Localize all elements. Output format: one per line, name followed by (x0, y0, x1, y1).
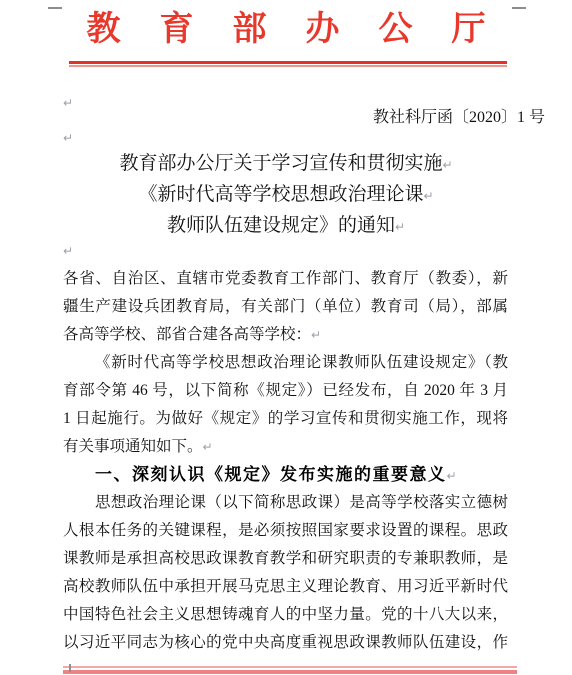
body-text: 有关事项通知如下。 (63, 438, 203, 455)
paragraph-mark-icon: ↵ (423, 189, 433, 203)
title-text: 教育部办公厅关于学习宣传和贯彻实施 (119, 153, 442, 174)
paragraph-mark-icon: ↵ (442, 158, 452, 172)
body-text-line: 课教师是承担高校思政课教育教学和研究职责的专兼职教师，是 (63, 545, 508, 573)
page-break-line-thick (63, 670, 517, 674)
body-text-line: 各高等学校、部省合建各高等学校：↵ (63, 321, 508, 349)
body-text-line: 以习近平同志为核心的党中央高度重视思政课教师队伍建设，作 (63, 629, 508, 657)
body-text-line: 有关事项通知如下。↵ (63, 433, 508, 461)
body-text-line: 人根本任务的关键课程，是必须按照国家要求设置的课程。思政 (63, 517, 508, 545)
empty-paragraph-line: ↵ (63, 237, 508, 265)
body-text-line: 思想政治理论课（以下简称思政课）是高等学校落实立德树 (63, 489, 508, 517)
notice-title: 教育部办公厅关于学习宣传和贯彻实施↵ 《新时代高等学校思想政治理论课↵ 教师队伍… (0, 149, 572, 242)
notice-title-line: 《新时代高等学校思想政治理论课↵ (0, 180, 572, 211)
separator-line-thick (69, 61, 507, 64)
paragraph-mark-icon: ↵ (447, 469, 457, 483)
body-text-line: 1 日起施行。为做好《规定》的学习宣传和贯彻实施工作，现将 (63, 405, 508, 433)
paragraph-mark-icon: ↵ (311, 328, 321, 342)
separator-line-thin (69, 65, 507, 67)
letterhead-agency-title: 教育部办公厅 (0, 6, 572, 54)
title-text: 教师队伍建设规定》的通知 (167, 215, 395, 236)
paragraph-mark-icon: ↵ (63, 244, 73, 258)
body-text-line: 高校教师队伍中承担开展马克思主义理论教育、用习近平新时代 (63, 573, 508, 601)
section-heading: 一、深刻认识《规定》发布实施的重要意义 (95, 465, 447, 485)
page-margin-tick (69, 664, 71, 672)
document-body: ↵ 各省、自治区、直辖市党委教育工作部门、教育厅（教委），新 疆生产建设兵团教育… (63, 237, 508, 657)
body-text-line: 《新时代高等学校思想政治理论课教师队伍建设规定》（教 (63, 349, 508, 377)
section-heading-line: 一、深刻认识《规定》发布实施的重要意义↵ (63, 461, 508, 489)
paragraph-mark-icon: ↵ (203, 440, 213, 454)
title-text: 《新时代高等学校思想政治理论课 (138, 184, 423, 205)
document-page[interactable]: 教育部办公厅 ↵ 教社科厅函〔2020〕1 号 ↵ 教育部办公厅关于学习宣传和贯… (0, 0, 572, 675)
paragraph-mark-icon: ↵ (395, 220, 405, 234)
body-text-line: 疆生产建设兵团教育局，有关部门（单位）教育司（局），部属 (63, 293, 508, 321)
empty-paragraph-line: ↵ (63, 129, 73, 147)
body-text-line: 中国特色社会主义思想铸魂育人的中坚力量。党的十八大以来， (63, 601, 508, 629)
body-text-line: 各省、自治区、直辖市党委教育工作部门、教育厅（教委），新 (63, 265, 508, 293)
document-number: 教社科厅函〔2020〕1 号 (0, 107, 572, 128)
letterhead-separator-line (69, 61, 507, 67)
page-break-line-thin (63, 666, 517, 668)
body-text: 各高等学校、部省合建各高等学校： (63, 326, 311, 343)
paragraph-mark-icon: ↵ (63, 131, 73, 145)
notice-title-line: 教育部办公厅关于学习宣传和贯彻实施↵ (0, 149, 572, 180)
body-text-line: 育部令第 46 号，以下简称《规定》）已经发布，自 2020 年 3 月 (63, 377, 508, 405)
